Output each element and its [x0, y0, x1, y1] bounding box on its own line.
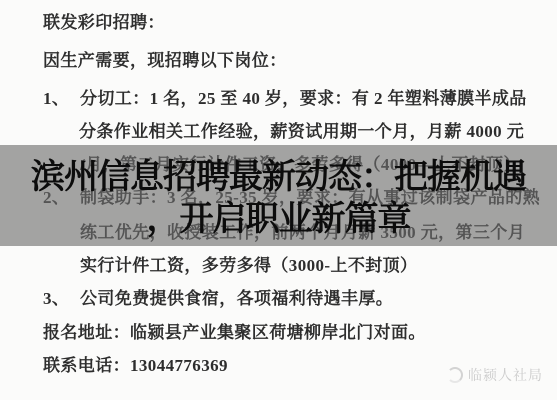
headline-line-1: 滨州信息招聘最新动态：把握机遇: [0, 156, 557, 198]
watermark: 临颍人社局: [447, 365, 543, 385]
notice-phone: 联系电话：13044776369: [43, 351, 228, 376]
notice-title: 联发彩印招聘：: [43, 8, 165, 33]
notice-item-1-cont-1: 分条作业相关工作经验，薪资试用期一个月，月薪 4000 元: [79, 117, 524, 142]
recruitment-notice-photo: 联发彩印招聘： 因生产需要，现招聘以下岗位： 1、分切工：1 名，25 至 40…: [0, 0, 557, 400]
watermark-seal-icon: [447, 367, 463, 383]
item-1-number: 1、: [43, 84, 80, 109]
notice-item-1: 1、分切工：1 名，25 至 40 岁，要求：有 2 年塑料薄膜半成品: [43, 84, 527, 109]
item-3-number: 3、: [43, 284, 80, 309]
notice-address: 报名地址：临颍县产业集聚区荷塘柳岸北门对面。: [43, 318, 426, 343]
headline-line-2: ，开启职业新篇章: [0, 198, 557, 240]
notice-intro: 因生产需要，现招聘以下岗位：: [43, 46, 287, 71]
item-3-text: 公司免费提供食宿，各项福利待遇丰厚。: [80, 289, 393, 308]
watermark-text: 临颍人社局: [468, 365, 543, 385]
headline-banner-overlay: 滨州信息招聘最新动态：把握机遇 ，开启职业新篇章: [0, 145, 557, 246]
item-1-text: 分切工：1 名，25 至 40 岁，要求：有 2 年塑料薄膜半成品: [80, 89, 527, 108]
notice-item-2-cont-2: 实行计件工资，多劳多得（3000-上不封顶）: [80, 251, 417, 276]
notice-item-3: 3、公司免费提供食宿，各项福利待遇丰厚。: [43, 284, 393, 309]
